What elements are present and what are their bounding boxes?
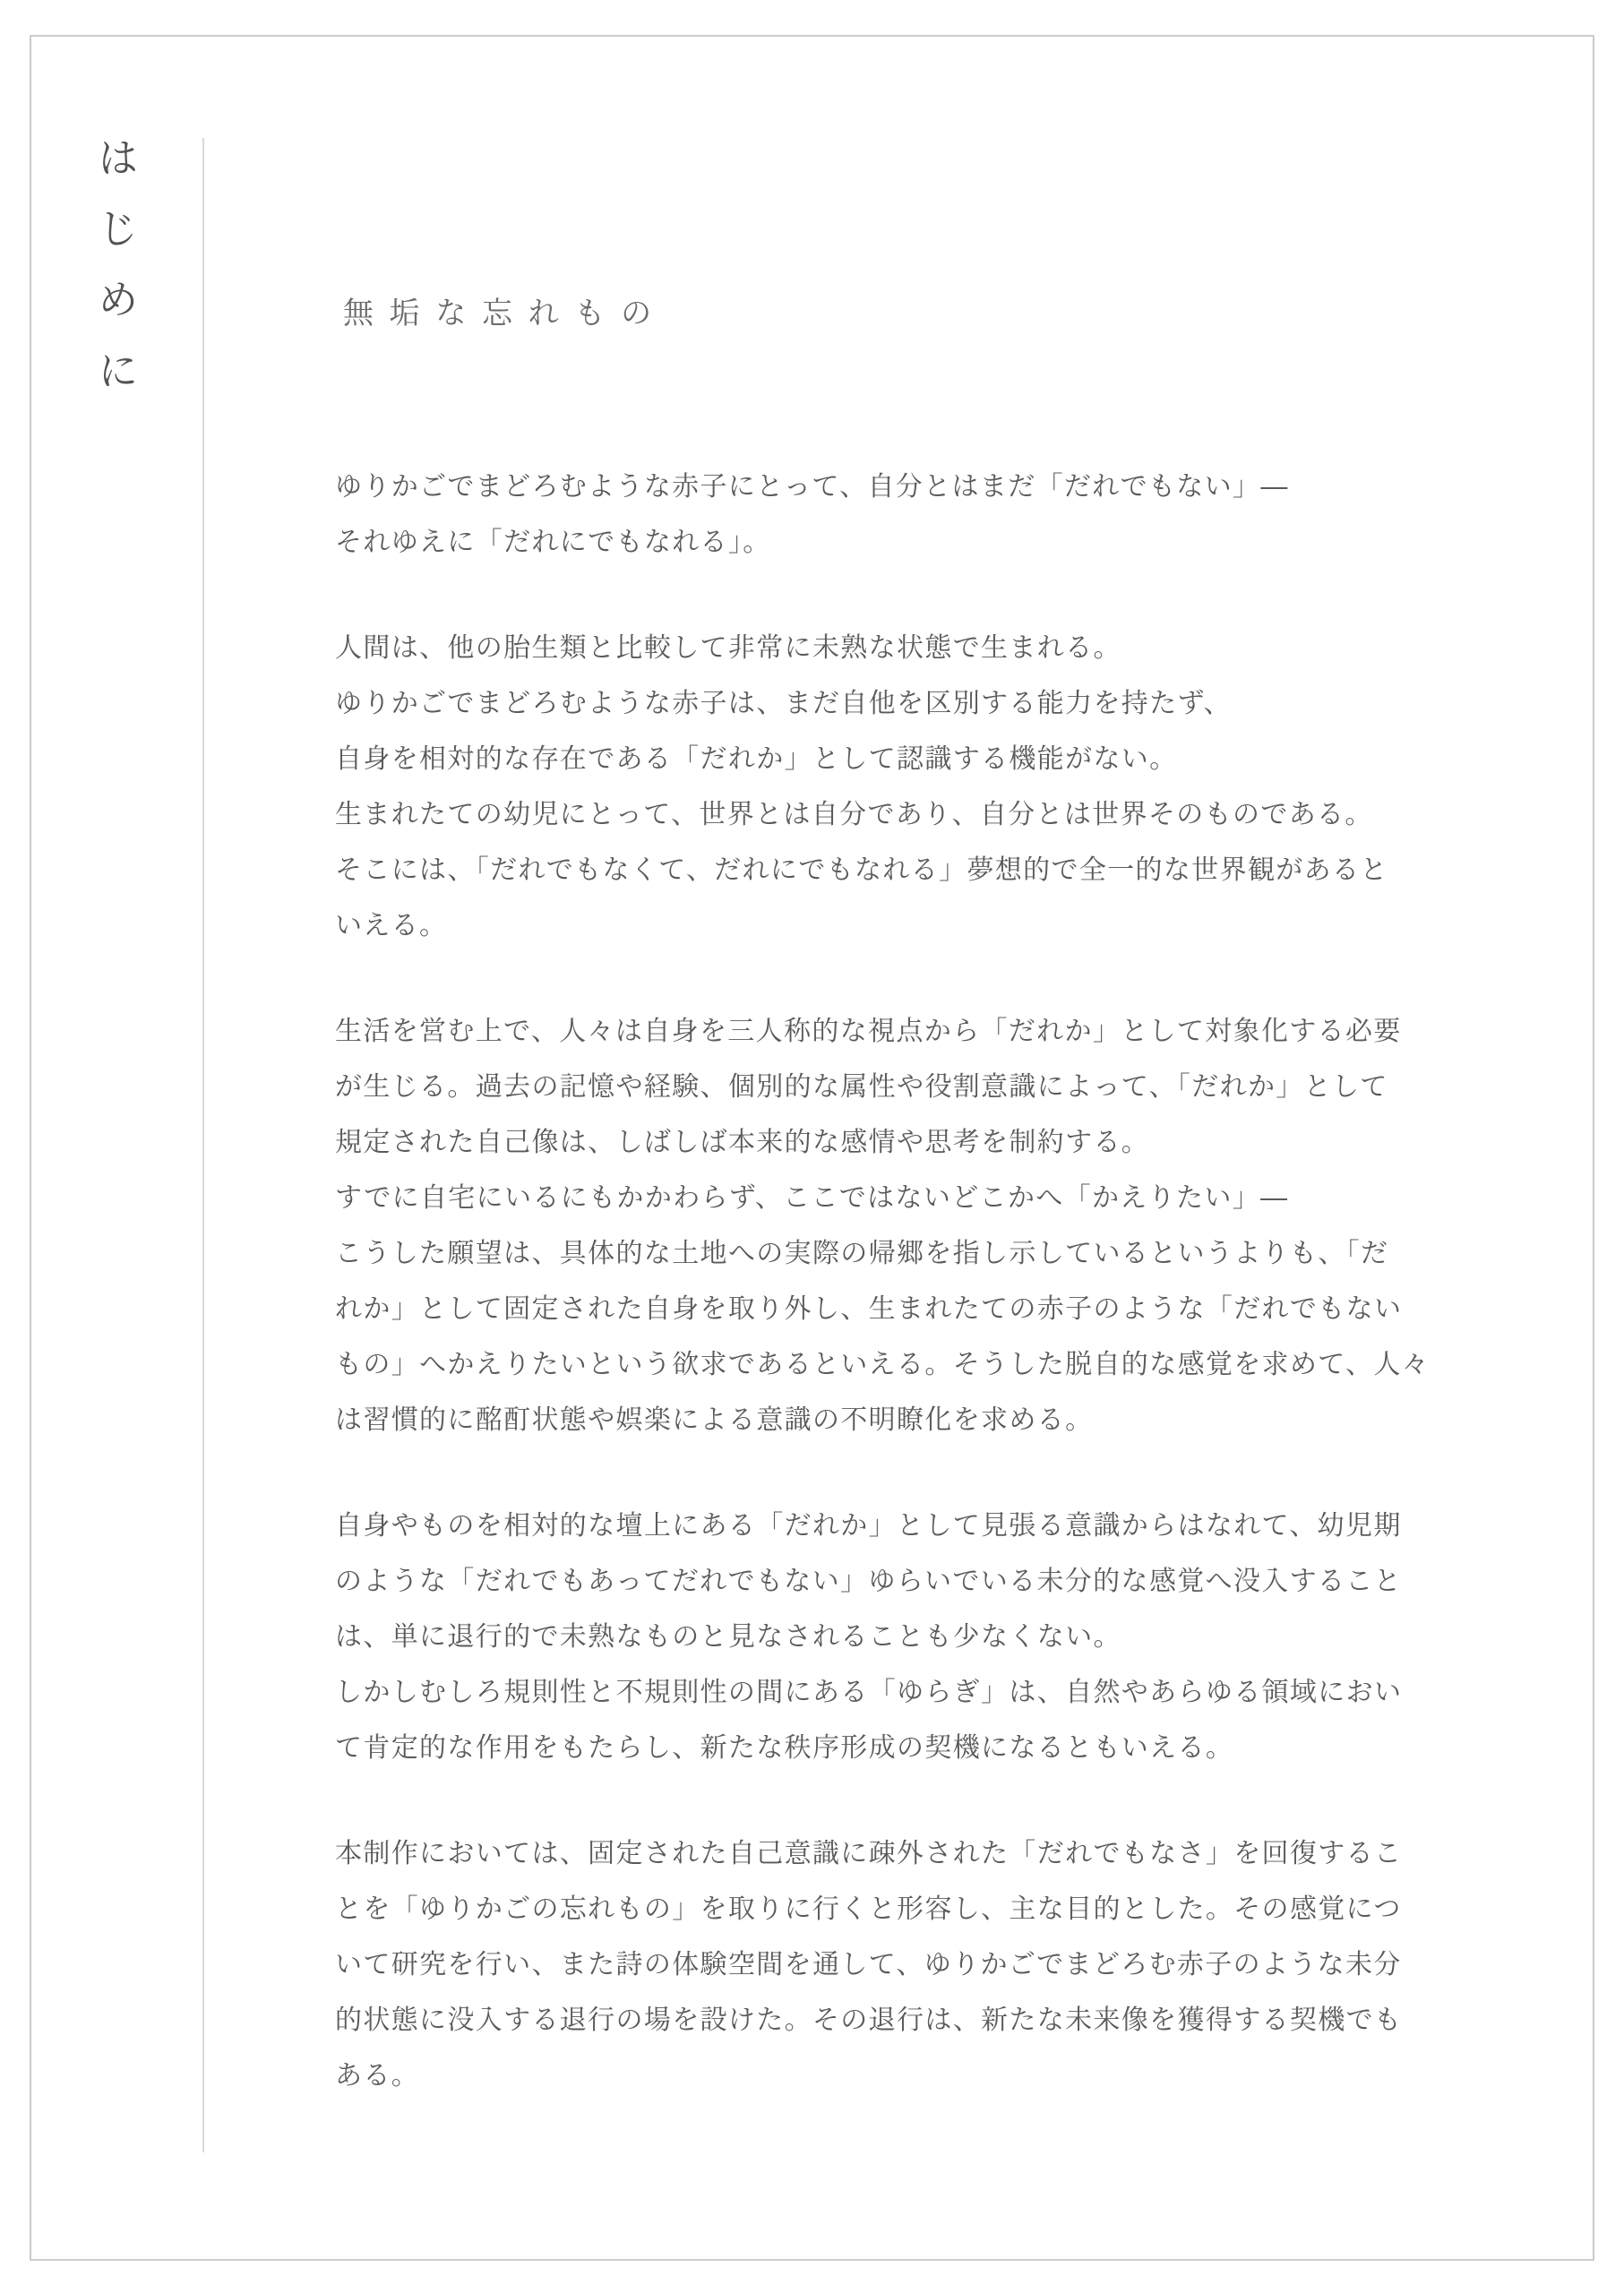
text-line: のような「だれでもあってだれでもない」ゆらいでいる未分的な感覚へ没入すること xyxy=(335,1554,1464,1610)
paragraphs: ゆりかごでまどろむような赤子にとって、自分とはまだ「だれでもない」―それゆえに「… xyxy=(335,459,1464,2104)
text-line: 自身やものを相対的な壇上にある「だれか」として見張る意識からはなれて、幼児期 xyxy=(335,1499,1464,1554)
text-line: ゆりかごでまどろむような赤子にとって、自分とはまだ「だれでもない」― xyxy=(335,459,1464,515)
text-line: 自身を相対的な存在である「だれか」として認識する機能がない。 xyxy=(335,732,1464,787)
paragraph: 本制作においては、固定された自己意識に疎外された「だれでもなさ」を回復することを… xyxy=(335,1826,1464,2104)
paragraph: ゆりかごでまどろむような赤子にとって、自分とはまだ「だれでもない」―それゆえに「… xyxy=(335,459,1464,571)
text-line: こうした願望は、具体的な土地への実際の帰郷を指し示しているというよりも、「だ xyxy=(335,1226,1464,1282)
text-line: 本制作においては、固定された自己意識に疎外された「だれでもなさ」を回復するこ xyxy=(335,1826,1464,1882)
text-line: は、単に退行的で未熟なものと見なされることも少なくない。 xyxy=(335,1610,1464,1665)
text-line: いえる。 xyxy=(335,898,1464,954)
text-line: もの」へかえりたいという欲求であるといえる。そうした脱自的な感覚を求めて、人々 xyxy=(335,1337,1464,1393)
section-title: 無垢な忘れもの xyxy=(343,297,1464,330)
text-line: そこには、「だれでもなくて、だれにでもなれる」夢想的で全一的な世界観があると xyxy=(335,843,1464,898)
text-line: が生じる。過去の記憶や経験、個別的な属性や役割意識によって、「だれか」として xyxy=(335,1060,1464,1115)
text-line: は習慣的に酩酊状態や娯楽による意識の不明瞭化を求める。 xyxy=(335,1393,1464,1448)
text-line: て肯定的な作用をもたらし、新たな秩序形成の契機になるともいえる。 xyxy=(335,1721,1464,1776)
chapter-heading-vertical: はじめに xyxy=(92,136,139,419)
text-line: いて研究を行い、また詩の体験空間を通して、ゆりかごでまどろむ赤子のような未分 xyxy=(335,1937,1464,1993)
text-line: ある。 xyxy=(335,2048,1464,2104)
text-line: 的状態に没入する退行の場を設けた。その退行は、新たな未来像を獲得する契機でも xyxy=(335,1993,1464,2048)
text-line: とを「ゆりかごの忘れもの」を取りに行くと形容し、主な目的とした。その感覚につ xyxy=(335,1882,1464,1937)
paragraph: 生活を営む上で、人々は自身を三人称的な視点から「だれか」として対象化する必要が生… xyxy=(335,1004,1464,1448)
paragraph: 自身やものを相対的な壇上にある「だれか」として見張る意識からはなれて、幼児期のよ… xyxy=(335,1499,1464,1776)
text-line: それゆえに「だれにでもなれる」。 xyxy=(335,515,1464,571)
text-line: 生まれたての幼児にとって、世界とは自分であり、自分とは世界そのものである。 xyxy=(335,787,1464,843)
text-line: 規定された自己像は、しばしば本来的な感情や思考を制約する。 xyxy=(335,1115,1464,1171)
text-line: ゆりかごでまどろむような赤子は、まだ自他を区別する能力を持たず、 xyxy=(335,676,1464,732)
text-line: すでに自宅にいるにもかかわらず、ここではないどこかへ「かえりたい」― xyxy=(335,1171,1464,1226)
paragraph: 人間は、他の胎生類と比較して非常に未熟な状態で生まれる。ゆりかごでまどろむような… xyxy=(335,621,1464,954)
text-line: 人間は、他の胎生類と比較して非常に未熟な状態で生まれる。 xyxy=(335,621,1464,676)
text-line: しかしむしろ規則性と不規則性の間にある「ゆらぎ」は、自然やあらゆる領域におい xyxy=(335,1665,1464,1721)
text-line: れか」として固定された自身を取り外し、生まれたての赤子のような「だれでもない xyxy=(335,1282,1464,1337)
document-page: はじめに 無垢な忘れもの ゆりかごでまどろむような赤子にとって、自分とはまだ「だ… xyxy=(0,0,1624,2293)
vertical-divider-line xyxy=(202,138,204,2152)
main-text-column: 無垢な忘れもの ゆりかごでまどろむような赤子にとって、自分とはまだ「だれでもない… xyxy=(335,269,1464,2104)
text-line: 生活を営む上で、人々は自身を三人称的な視点から「だれか」として対象化する必要 xyxy=(335,1004,1464,1060)
